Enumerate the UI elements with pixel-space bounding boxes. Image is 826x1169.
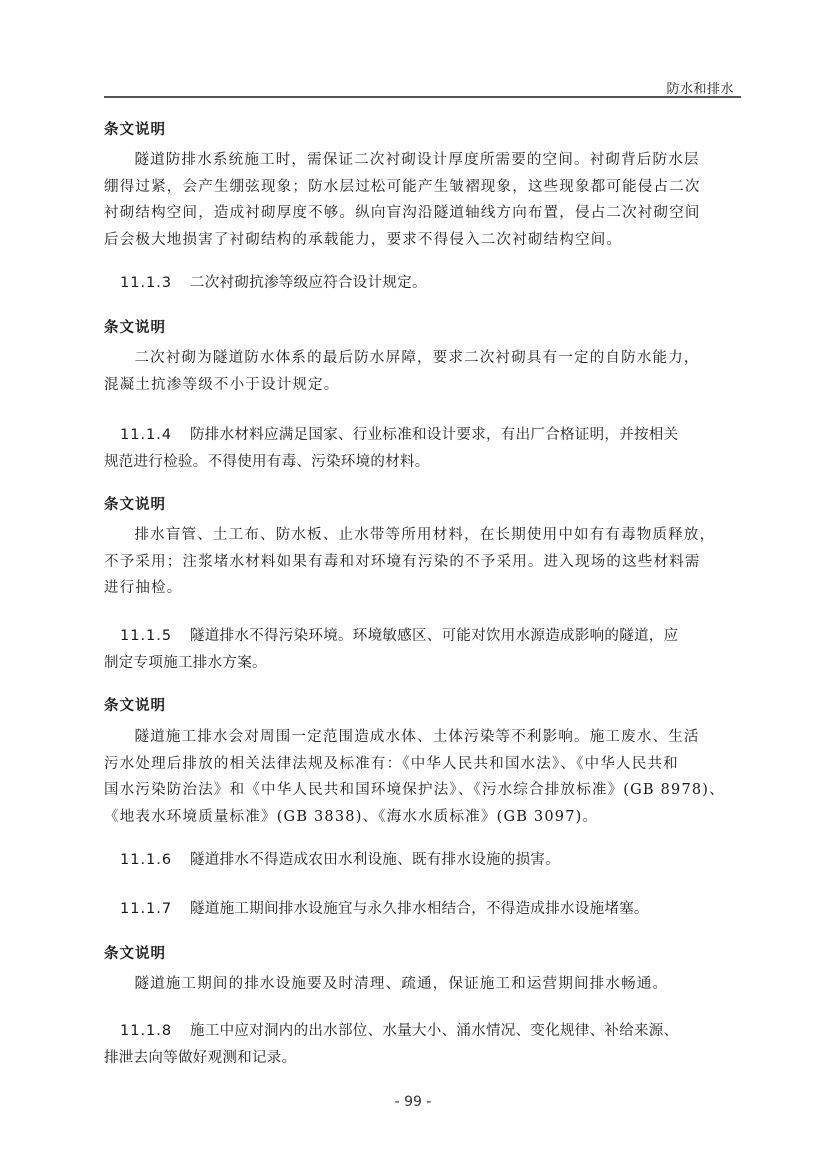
text-line: 二次衬砌为隧道防水体系的最后防水屏障，要求二次衬砌具有一定的自防水能力， [104,345,742,372]
text-line: 《地表水环境质量标准》(GB 3838)、《海水水质标准》(GB 3097)。 [104,804,742,831]
clause-text: 排泄去向等做好观测和记录。 [104,1045,742,1072]
clause-11-1-4: 11.1.4防排水材料应满足国家、行业标准和设计要求，有出厂合格证明，并按相关 … [104,422,742,475]
text-line: 混凝土抗渗等级不小于设计规定。 [104,372,742,399]
note-heading: 条文说明 [104,944,742,964]
clause-number: 11.1.5 [120,623,190,650]
clause-11-1-3: 11.1.3二次衬砌抗渗等级应符合设计规定。 [104,270,742,297]
note-heading: 条文说明 [104,495,742,515]
note-paragraph: 二次衬砌为隧道防水体系的最后防水屏障，要求二次衬砌具有一定的自防水能力， 混凝土… [104,345,742,398]
text-line: 隧道施工排水会对周围一定范围造成水体、土体污染等不利影响。施工废水、生活 [104,724,742,751]
note-heading: 条文说明 [104,318,742,338]
clause-number: 11.1.4 [120,422,190,449]
note-paragraph: 隧道施工期间的排水设施要及时清理、疏通，保证施工和运营期间排水畅通。 [104,971,742,998]
clause-11-1-5: 11.1.5隧道排水不得污染环境。环境敏感区、可能对饮用水源造成影响的隧道，应 … [104,623,742,676]
note-paragraph: 排水盲管、土工布、防水板、止水带等所用材料，在长期使用中如有有毒物质释放， 不予… [104,522,742,602]
clause-number: 11.1.8 [120,1018,190,1045]
clause-number: 11.1.3 [120,270,190,297]
text-line: 隧道施工期间的排水设施要及时清理、疏通，保证施工和运营期间排水畅通。 [104,971,742,998]
clause-number: 11.1.7 [120,896,190,923]
text-line: 后会极大地损害了衬砌结构的承载能力，要求不得侵入二次衬砌结构空间。 [104,227,742,254]
note-paragraph: 隧道施工排水会对周围一定范围造成水体、土体污染等不利影响。施工废水、生活 污水处… [104,724,742,831]
clause-text: 施工中应对洞内的出水部位、水量大小、涌水情况、变化规律、补给来源、 [190,1023,678,1039]
note-heading: 条文说明 [104,120,742,140]
note-paragraph: 隧道防排水系统施工时，需保证二次衬砌设计厚度所需要的空间。衬砌背后防水层 绷得过… [104,147,742,254]
text-line: 衬砌结构空间，造成衬砌厚度不够。纵向盲沟沿隧道轴线方向布置，侵占二次衬砌空间 [104,200,742,227]
clause-text: 二次衬砌抗渗等级应符合设计规定。 [190,275,427,291]
note-heading: 条文说明 [104,696,742,716]
clause-text: 隧道排水不得造成农田水利设施、既有排水设施的损害。 [190,852,560,868]
clause-text: 防排水材料应满足国家、行业标准和设计要求，有出厂合格证明，并按相关 [190,427,678,443]
text-line: 排水盲管、土工布、防水板、止水带等所用材料，在长期使用中如有有毒物质释放， [104,522,742,549]
clause-text: 制定专项施工排水方案。 [104,650,742,677]
text-line: 不予采用；注浆堵水材料如果有毒和对环境有污染的不予采用。进入现场的这些材料需 [104,549,742,576]
text-line: 绷得过紧，会产生绷弦现象；防水层过松可能产生皱褶现象，这些现象都可能侵占二次 [104,174,742,201]
text-line: 污水处理后排放的相关法律法规及标准有：《中华人民共和国水法》、《中华人民共和 [104,751,742,778]
page-number: - 99 - [0,1094,826,1110]
text-line: 国水污染防治法》和《中华人民共和国环境保护法》、《污水综合排放标准》(GB 89… [104,777,742,804]
clause-text: 隧道排水不得污染环境。环境敏感区、可能对饮用水源造成影响的隧道，应 [190,628,678,644]
clause-number: 11.1.6 [120,847,190,874]
text-line: 隧道防排水系统施工时，需保证二次衬砌设计厚度所需要的空间。衬砌背后防水层 [104,147,742,174]
clause-11-1-8: 11.1.8施工中应对洞内的出水部位、水量大小、涌水情况、变化规律、补给来源、 … [104,1018,742,1071]
clause-text: 隧道施工期间排水设施宜与永久排水相结合，不得造成排水设施堵塞。 [190,901,649,917]
header-divider [104,96,741,98]
clause-text: 规范进行检验。不得使用有毒、污染环境的材料。 [104,449,742,476]
text-line: 进行抽检。 [104,575,742,602]
clause-11-1-7: 11.1.7隧道施工期间排水设施宜与永久排水相结合，不得造成排水设施堵塞。 [104,896,742,923]
running-header-title: 防水和排水 [666,78,734,97]
clause-11-1-6: 11.1.6隧道排水不得造成农田水利设施、既有排水设施的损害。 [104,847,742,874]
